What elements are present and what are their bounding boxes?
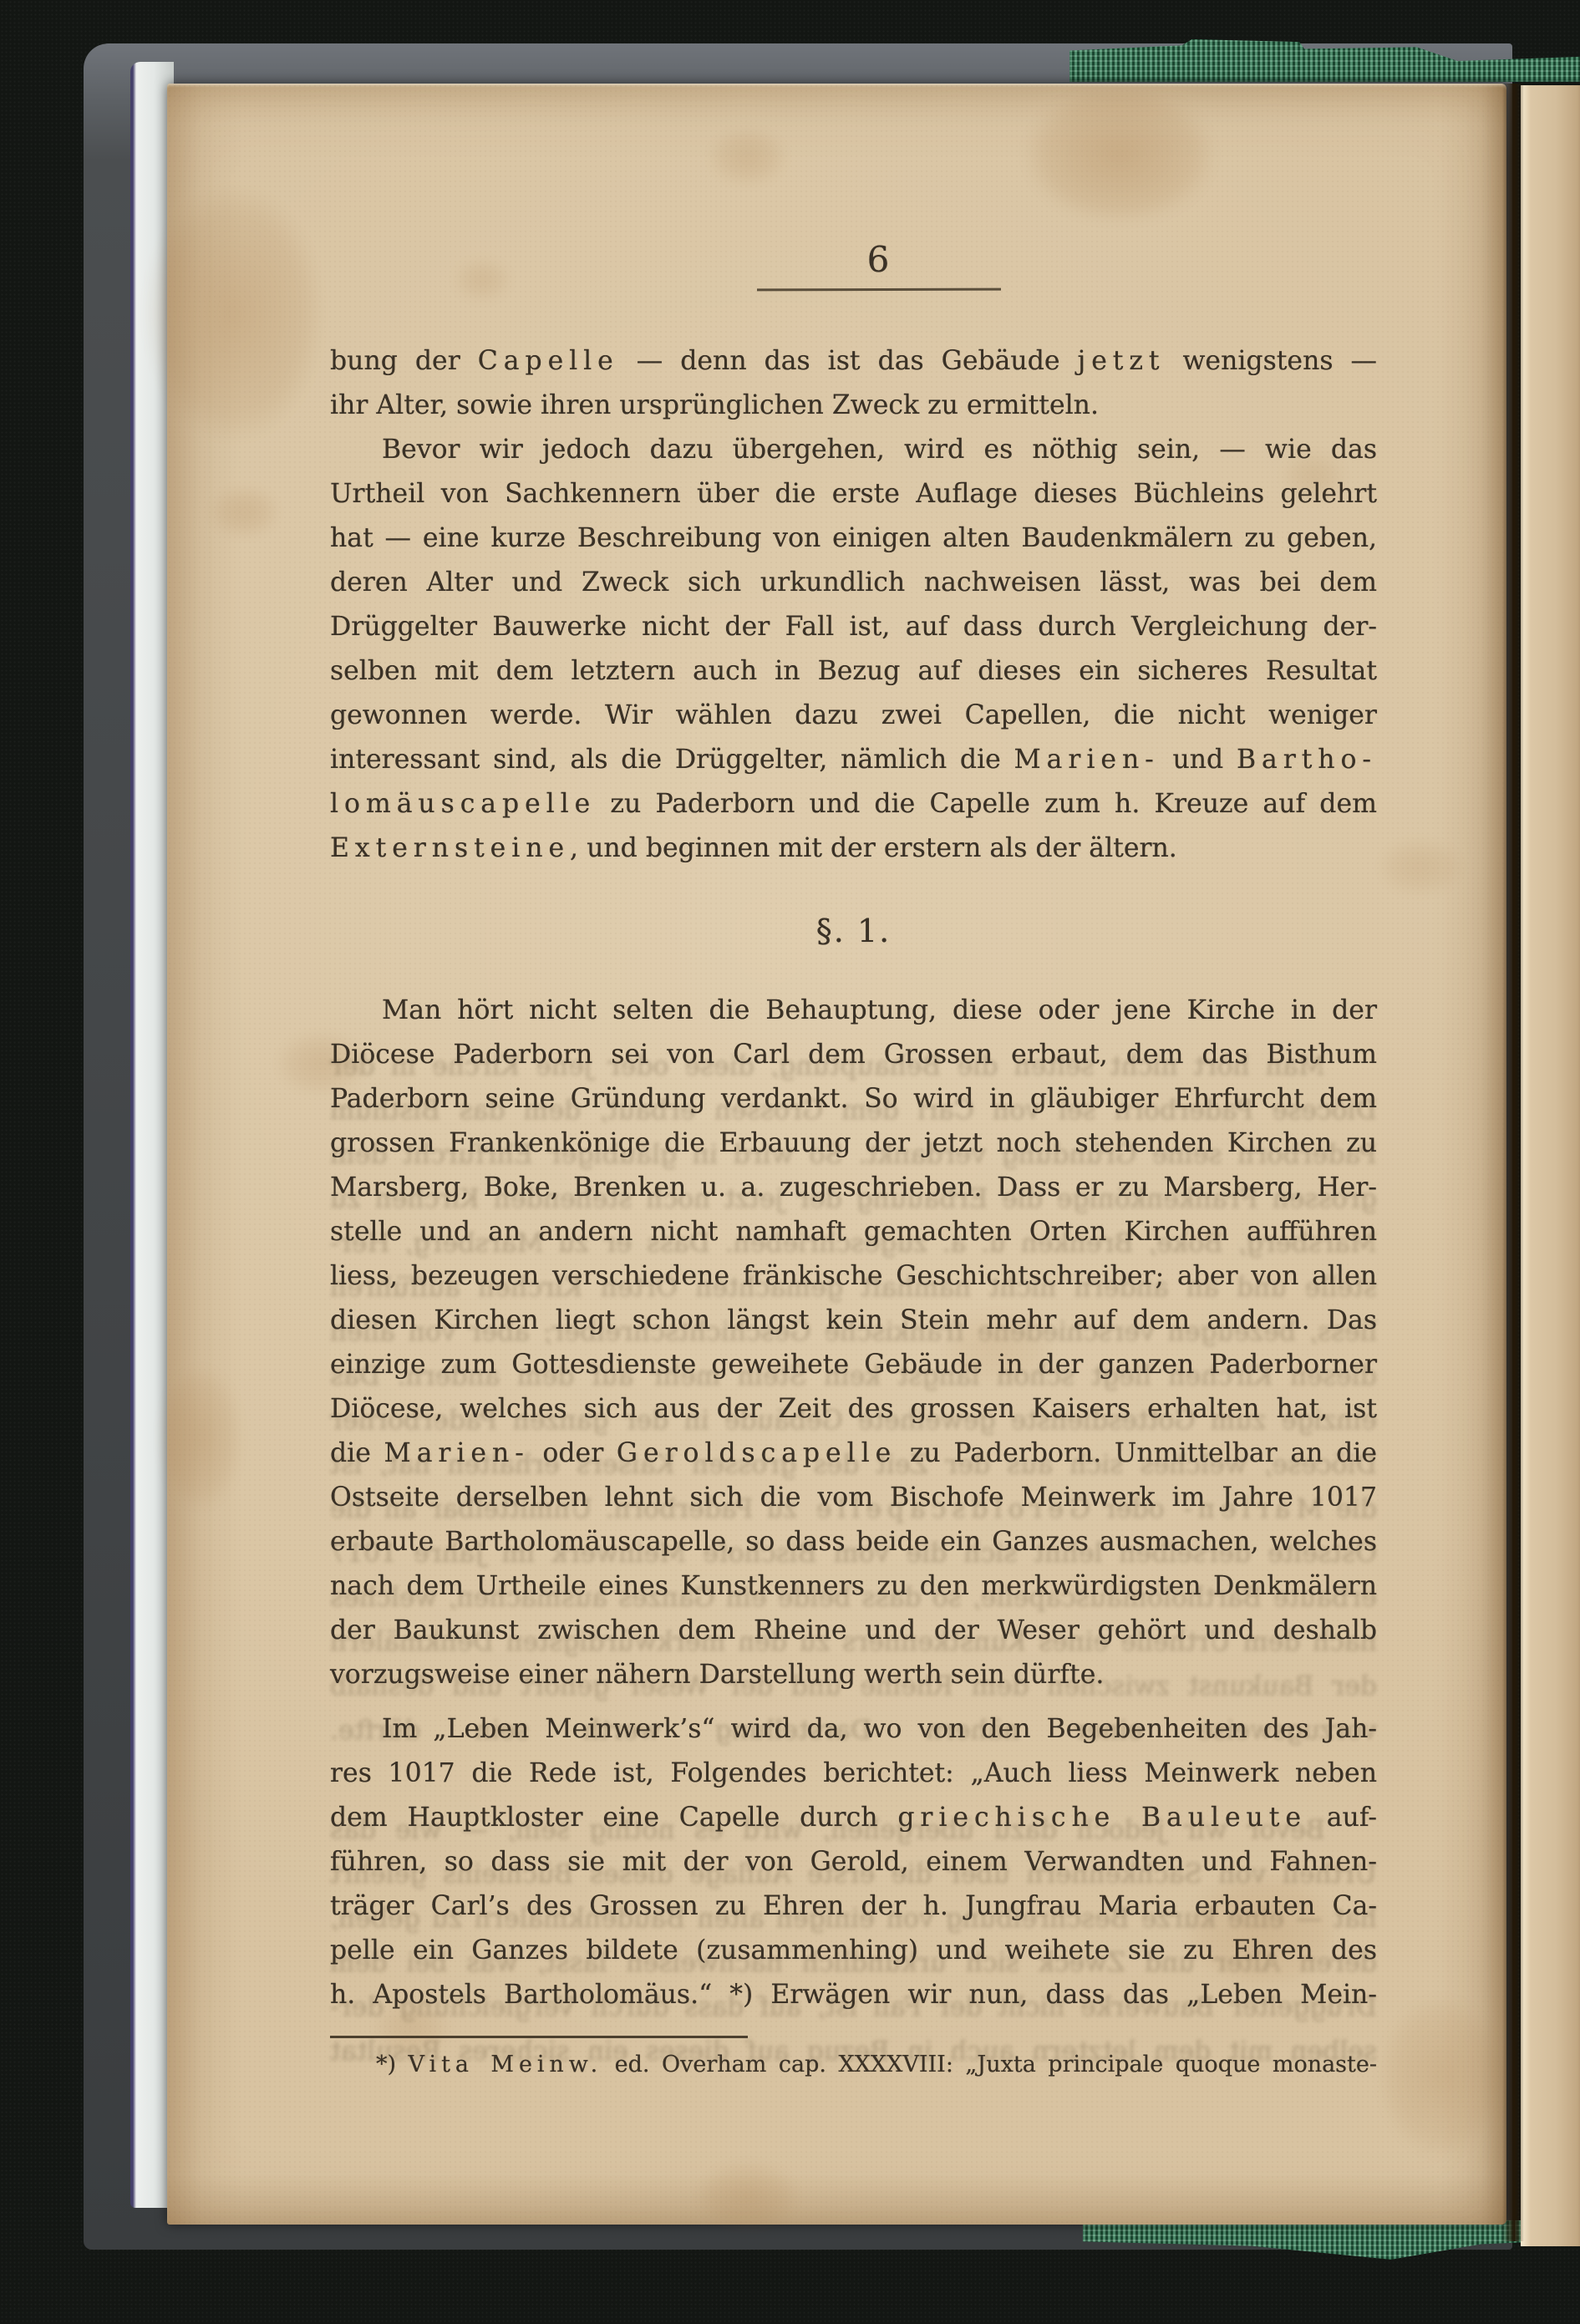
text-line: h. Apostels Bartholomäus.“ *) Erwägen wi… [330, 1973, 1377, 2017]
text-line: dem Hauptkloster eine Capelle durch grie… [330, 1796, 1377, 1840]
book-page: Man hört nicht selten die Behauptung, di… [167, 84, 1506, 2225]
text-line: Man hört nicht selten die Behauptung, di… [330, 989, 1377, 1033]
footnote-separator [330, 2036, 748, 2038]
text-line: liess, bezeugen verschiedene fränkische … [330, 1254, 1377, 1299]
letterspaced-word: jetzt [1078, 346, 1166, 376]
letterspaced-word: Bartho- [1237, 745, 1377, 775]
letterspaced-word: Externsteine [330, 833, 570, 863]
text-line: träger Carl’s des Grossen zu Ehren der h… [330, 1884, 1377, 1929]
text-line: einzige zum Gottesdienste geweihete Gebä… [330, 1343, 1377, 1387]
paragraph: Im „Leben Meinwerk’s“ wird da, wo von de… [330, 1707, 1377, 2017]
text-line: die Marien- oder Geroldscapelle zu Pader… [330, 1432, 1377, 1476]
footnote: *) Vita Meinw. ed. Overham cap. XXXXVIII… [330, 2048, 1377, 2082]
text-line: Diöcese Paderborn sei von Carl dem Gross… [330, 1033, 1377, 1077]
text-line: pelle ein Ganzes bildete (zusammenhing) … [330, 1929, 1377, 1973]
text-line: führen, so dass sie mit der von Gerold, … [330, 1840, 1377, 1884]
text-line: Paderborn seine Gründung verdankt. So wi… [330, 1077, 1377, 1121]
paragraph: Bevor wir jedoch dazu übergehen, wird es… [330, 428, 1377, 871]
text-line: selben mit dem letztern auch in Bezug au… [330, 649, 1377, 694]
letterspaced-word: Marien- [384, 1438, 530, 1468]
text-line: Diöcese, welches sich aus der Zeit des g… [330, 1387, 1377, 1432]
text-line: nach dem Urtheile eines Kunstkenners zu … [330, 1564, 1377, 1609]
text-line: der Baukunst zwischen dem Rheine und der… [330, 1609, 1377, 1653]
text-line: res 1017 die Rede ist, Folgendes bericht… [330, 1752, 1377, 1796]
body-text: bung der Capelle — denn das ist das Gebä… [330, 339, 1377, 2082]
letterspaced-word: Capelle [478, 346, 619, 376]
text-line: interessant sind, als die Drüggelter, nä… [330, 738, 1377, 782]
stain [693, 117, 802, 196]
text-line: Drüggelter Bauwerke nicht der Fall ist, … [330, 605, 1377, 649]
stain [1362, 827, 1479, 907]
scan-background: Man hört nicht selten die Behauptung, di… [0, 0, 1580, 2324]
page-number: 6 [355, 239, 1402, 280]
text-line: Urtheil von Sachkennern über die erste A… [330, 472, 1377, 516]
text-line: bung der Capelle — denn das ist das Gebä… [330, 339, 1377, 384]
text-line: Externsteine, und beginnen mit der erste… [330, 826, 1377, 871]
letterspaced-word: Marien- [1014, 745, 1160, 775]
text-line: Im „Leben Meinwerk’s“ wird da, wo von de… [330, 1707, 1377, 1752]
page-gap-shadow [1502, 84, 1524, 2241]
text-line: Ostseite derselben lehnt sich die vom Bi… [330, 1476, 1377, 1520]
page-header: 6 [355, 239, 1402, 291]
text-line: lomäuscapelle zu Paderborn und die Capel… [330, 782, 1377, 826]
text-line: gewonnen werde. Wir wählen dazu zwei Cap… [330, 694, 1377, 738]
paragraph: Man hört nicht selten die Behauptung, di… [330, 989, 1377, 1697]
text-line: stelle und an andern nicht namhaft gemac… [330, 1210, 1377, 1254]
section-heading: §. 1. [330, 909, 1377, 954]
text-line: hat — eine kurze Beschreibung von einige… [330, 516, 1377, 561]
letterspaced-word: lomäuscapelle [330, 789, 596, 819]
page-number-rule [756, 288, 1000, 292]
text-line: diesen Kirchen liegt schon längst kein S… [330, 1299, 1377, 1343]
text-line: ihr Alter, sowie ihren ursprünglichen Zw… [330, 384, 1377, 428]
adjacent-page-edge [1521, 85, 1580, 2246]
text-line: deren Alter und Zweck sich urkundlich na… [330, 561, 1377, 605]
stain [196, 476, 292, 547]
text-line: vorzugsweise einer nähern Darstellung we… [330, 1653, 1377, 1697]
letterspaced-word: Geroldscapelle [617, 1438, 897, 1468]
text-line: Bevor wir jedoch dazu übergehen, wird es… [330, 428, 1377, 472]
text-line: Marsberg, Boke, Brenken u. a. zugeschrie… [330, 1166, 1377, 1210]
text-line: erbaute Bartholomäuscapelle, so dass bei… [330, 1520, 1377, 1564]
footnote-line: *) Vita Meinw. ed. Overham cap. XXXXVIII… [330, 2048, 1377, 2082]
letterspaced-word: Vita Meinw. [409, 2052, 603, 2077]
letterspaced-word: griechische Bauleute [897, 1803, 1307, 1833]
stain [986, 58, 1253, 251]
text-line: grossen Frankenkönige die Erbauung der j… [330, 1121, 1377, 1166]
paragraph: bung der Capelle — denn das ist das Gebä… [330, 339, 1377, 428]
